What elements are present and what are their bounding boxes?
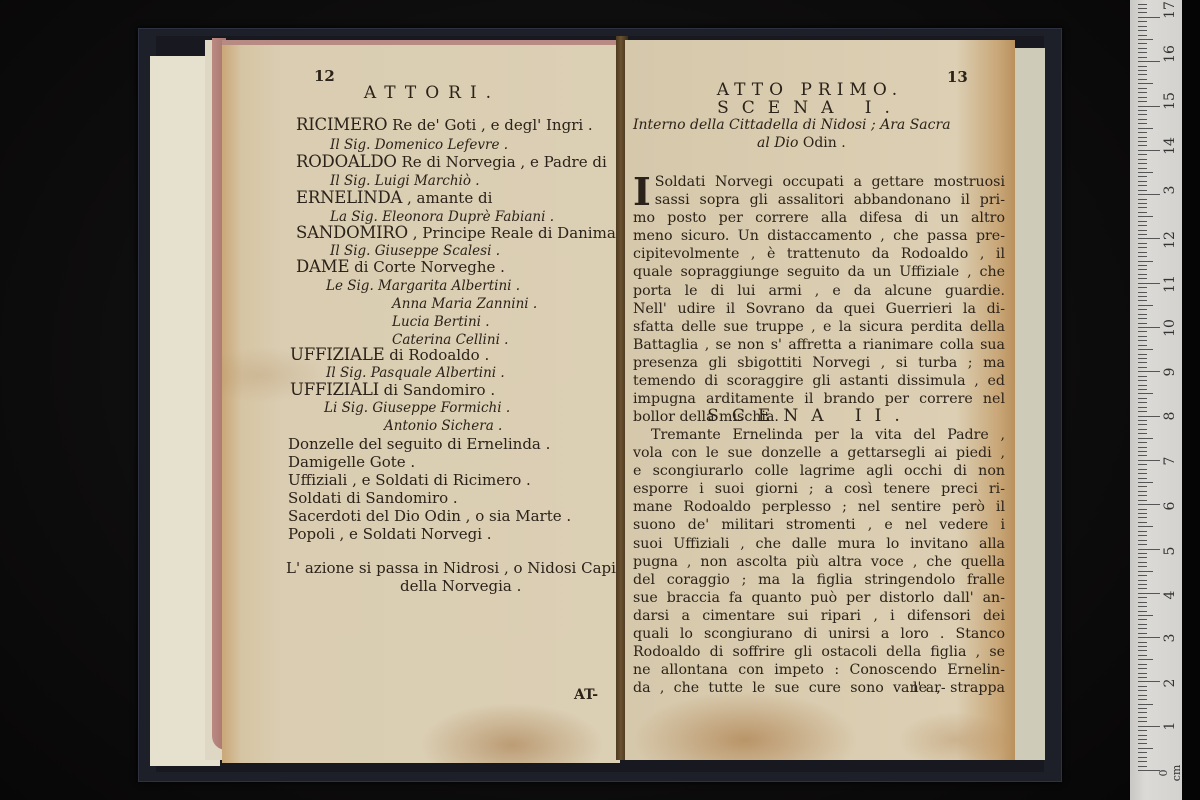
ruler-tick [1138,522,1147,523]
ruler-tick [1138,580,1147,581]
ruler-tick [1138,88,1147,89]
ruler-tick [1138,256,1147,257]
ruler-tick [1138,597,1147,598]
ruler-number: 5 [1162,539,1178,563]
scene-1-text: I Soldati Norvegi occupati a gettare mos… [633,173,1005,426]
ruler-tick [1138,314,1147,315]
ruler-tick [1138,655,1147,656]
ruler-tick [1138,323,1147,324]
ruler-tick [1138,593,1160,594]
ruler-tick [1138,21,1147,22]
cast-entry: SANDOMIRO , Principe Reale di Danimarca [296,223,620,242]
ruler-tick [1138,371,1160,372]
ruler-tick [1138,349,1153,350]
measurement-ruler: 0 cm 1 2 3 4 5 6 7 8 9 10 11 12 3 14 15 … [1130,0,1182,800]
ruler-tick [1138,106,1160,107]
ruler-tick [1138,562,1147,563]
ruler-tick [1138,30,1147,31]
ruler-tick [1138,12,1147,13]
ruler-tick [1138,455,1147,456]
ruler-tick [1138,203,1147,204]
ruler-tick [1138,283,1160,284]
cast-entry: UFFIZIALE di Rodoaldo . [290,345,489,364]
ruler-tick [1138,491,1147,492]
ruler-tick [1138,380,1147,381]
ruler-tick [1138,123,1147,124]
ruler-tick [1138,234,1147,235]
left-page: 12 ATTORI. RICIMERO Re de' Goti , e degl… [222,40,620,763]
cast-actor: Lucia Bertini . [392,314,490,330]
ruler-tick [1138,571,1153,572]
extras-line: Damigelle Gote . [288,453,415,471]
ruler-tick [1138,309,1147,310]
setting-note: L' azione si passa in Nidrosi , o Nidosi… [286,559,620,577]
ruler-unit-label: 0 cm [1157,761,1183,785]
ruler-number: 3 [1162,178,1178,202]
ruler-tick [1138,389,1147,390]
ruler-tick [1138,92,1147,93]
ruler-tick [1138,730,1147,731]
ruler-tick [1138,615,1153,616]
cast-entry: RICIMERO Re de' Goti , e degl' Ingri . [296,115,593,134]
ruler-tick [1138,43,1147,44]
ruler-tick [1138,442,1147,443]
ruler-tick [1138,225,1147,226]
ruler-tick [1138,269,1147,270]
ruler-number: 11 [1162,272,1178,296]
ruler-tick [1138,66,1147,67]
ruler-tick [1138,327,1160,328]
ruler-tick [1138,708,1147,709]
ruler-tick [1138,247,1147,248]
ruler-tick [1138,766,1147,767]
ruler-tick [1138,407,1147,408]
ruler-tick [1138,770,1160,771]
ruler-tick [1138,8,1147,9]
ruler-tick [1138,606,1147,607]
cast-entry: ERNELINDA , amante di [296,188,492,207]
ruler-tick [1138,287,1147,288]
ruler-tick [1138,486,1147,487]
ruler-tick [1138,393,1153,394]
ruler-tick [1138,460,1160,461]
ruler-tick [1138,26,1147,27]
ruler-tick [1138,212,1147,213]
scene-setting: al Dio Odin . [757,135,846,151]
ruler-tick [1138,52,1147,53]
ruler-tick [1138,57,1147,58]
extras-line: Soldati di Sandomiro . [288,489,458,507]
ruler-tick [1138,686,1147,687]
ruler-tick [1138,482,1153,483]
ruler-tick [1138,172,1153,173]
scene-title: SCENA I. [685,98,935,118]
ruler-tick [1138,628,1147,629]
ruler-tick [1138,190,1147,191]
ruler-tick [1138,469,1147,470]
ruler-tick [1138,668,1147,669]
ruler-tick [1138,163,1147,164]
ruler-tick [1138,695,1147,696]
ruler-number: 4 [1162,583,1178,607]
ruler-tick [1138,154,1147,155]
ruler-tick [1138,336,1147,337]
ruler-number: 1 [1162,714,1178,738]
ruler-tick [1138,526,1153,527]
ruler-tick [1138,4,1147,5]
ruler-tick [1138,274,1147,275]
ruler-tick [1138,35,1147,36]
ruler-tick [1138,376,1147,377]
ruler-tick [1138,132,1147,133]
ruler-tick [1138,216,1153,217]
ruler-number: 15 [1162,89,1178,113]
ruler-tick [1138,70,1147,71]
ruler-tick [1138,137,1147,138]
ruler-tick [1138,420,1147,421]
page-heading: ATTORI. [302,83,562,103]
ruler-tick [1138,602,1147,603]
ruler-number: 3 [1162,626,1178,650]
act-title: ATTO PRIMO. [685,80,935,100]
ruler-tick [1138,367,1147,368]
ruler-tick [1138,642,1147,643]
catchword: AT- [574,687,598,703]
ruler-tick [1138,424,1147,425]
cast-entry: UFFIZIALI di Sandomiro . [290,380,495,399]
cast-entry: RODOALDO Re di Norvegia , e Padre di [296,152,607,171]
ruler-number: 12 [1162,228,1178,252]
ruler-tick [1138,544,1147,545]
ruler-tick [1138,575,1147,576]
ruler-tick [1138,566,1147,567]
ruler-tick [1138,181,1147,182]
ruler-tick [1138,265,1147,266]
cast-actor: Il Sig. Luigi Marchiò . [330,173,480,189]
ruler-tick [1138,712,1147,713]
ruler-tick [1138,659,1153,660]
ruler-tick [1138,74,1147,75]
ruler-tick [1138,185,1147,186]
ruler-shadow [1182,0,1200,800]
ruler-tick [1138,238,1160,239]
ruler-tick [1138,464,1147,465]
ruler-tick [1138,517,1147,518]
ruler-tick [1138,584,1147,585]
ruler-tick [1138,83,1153,84]
ruler-tick [1138,504,1160,505]
ruler-tick [1138,611,1147,612]
ruler-tick [1138,318,1147,319]
ruler-tick [1138,194,1160,195]
ruler-tick [1138,101,1147,102]
ruler-number: 16 [1162,42,1178,66]
ruler-tick [1138,221,1147,222]
ruler-number: 2 [1162,671,1178,695]
ruler-tick [1138,690,1147,691]
ruler-tick [1138,61,1160,62]
ruler-tick [1138,128,1153,129]
ruler-tick [1138,513,1147,514]
ruler-tick [1138,145,1147,146]
ruler-tick [1138,230,1147,231]
ruler-tick [1138,757,1147,758]
ruler-tick [1138,331,1147,332]
ruler-tick [1138,300,1147,301]
drop-cap: I [633,175,651,209]
extras-line: Popoli , e Soldati Norvegi . [288,525,492,543]
ruler-number: 14 [1162,134,1178,158]
ruler-tick [1138,114,1147,115]
ruler-tick [1138,176,1147,177]
ruler-number: 7 [1162,449,1178,473]
ruler-tick [1138,478,1147,479]
cast-actor: Li Sig. Giuseppe Formichi . [324,400,510,416]
ruler-tick [1138,429,1147,430]
ruler-number: 9 [1162,360,1178,384]
ruler-tick [1138,633,1147,634]
ruler-tick [1138,677,1147,678]
scene-setting: Interno della Cittadella di Nidosi ; Ara… [633,117,951,133]
cast-actor: Le Sig. Margarita Albertini . [326,278,520,294]
ruler-tick [1138,411,1147,412]
ruler-tick [1138,531,1147,532]
ruler-tick [1138,650,1147,651]
ruler-tick [1138,535,1147,536]
ruler-tick [1138,433,1147,434]
ruler-tick [1138,619,1147,620]
ruler-tick [1138,646,1147,647]
cast-actor: Antonio Sichera . [384,418,502,434]
ruler-tick [1138,296,1147,297]
scene-2-text: Tremante Ernelinda per la vita del Padre… [633,426,1005,697]
ruler-tick [1138,362,1147,363]
extras-line: Donzelle del seguito di Ernelinda . [288,435,550,453]
ruler-tick [1138,39,1153,40]
ruler-tick [1138,447,1147,448]
ruler-tick [1138,637,1160,638]
ruler-tick [1138,199,1147,200]
ruler-tick [1138,79,1147,80]
ruler-tick [1138,451,1147,452]
ruler-tick [1138,748,1153,749]
ruler-tick [1138,207,1147,208]
ruler-tick [1138,540,1147,541]
ruler-tick [1138,500,1147,501]
ruler-tick [1138,354,1147,355]
ruler-tick [1138,385,1147,386]
ruler-tick [1138,345,1147,346]
ruler-tick [1138,509,1147,510]
ruler-number: 6 [1162,494,1178,518]
ruler-tick [1138,278,1147,279]
ruler-tick [1138,402,1147,403]
ruler-number: 17 [1162,0,1178,22]
ruler-tick [1138,721,1147,722]
ruler-tick [1138,261,1153,262]
ruler-tick [1138,588,1147,589]
ruler-tick [1138,358,1147,359]
ruler-tick [1138,97,1147,98]
right-page: 13 ATTO PRIMO. SCENA I. Interno della Ci… [625,40,1015,760]
ruler-tick [1138,150,1160,151]
ruler-tick [1138,159,1147,160]
catchword: l' ar- [913,680,946,696]
ruler-tick [1138,398,1147,399]
ruler-tick [1138,141,1147,142]
ruler-tick [1138,110,1147,111]
ruler-tick [1138,664,1147,665]
ruler-tick [1138,495,1147,496]
ruler-tick [1138,761,1147,762]
ruler-tick [1138,739,1147,740]
ruler-tick [1138,473,1147,474]
ruler-tick [1138,673,1147,674]
ruler-tick [1138,438,1153,439]
ruler-tick [1138,340,1147,341]
ruler-tick [1138,252,1147,253]
ruler-tick [1138,119,1147,120]
cast-actor: Il Sig. Domenico Lefevre . [330,137,508,153]
cast-actor: Il Sig. Pasquale Albertini . [326,365,505,381]
ruler-tick [1138,416,1160,417]
extras-line: Sacerdoti del Dio Odin , o sia Marte . [288,507,571,525]
ruler-number: 8 [1162,404,1178,428]
ruler-tick [1138,168,1147,169]
ruler-tick [1138,17,1160,18]
ruler-tick [1138,549,1160,550]
ruler-tick [1138,292,1147,293]
ruler-tick [1138,48,1147,49]
cast-actor: Anna Maria Zannini . [392,296,537,312]
ruler-tick [1138,735,1147,736]
setting-note: della Norvegia . [400,577,521,595]
ruler-tick [1138,553,1147,554]
extras-line: Uffiziali , e Soldati di Ricimero . [288,471,531,489]
ruler-tick [1138,752,1147,753]
ruler-tick [1138,699,1147,700]
page-number: 13 [947,68,968,86]
ruler-tick [1138,624,1147,625]
scene-title: SCENA II. [685,406,935,426]
ruler-tick [1138,305,1153,306]
cast-entry: DAME di Corte Norveghe . [296,257,505,276]
ruler-tick [1138,704,1153,705]
ruler-tick [1138,726,1160,727]
ruler-tick [1138,717,1147,718]
ruler-tick [1138,557,1147,558]
ruler-tick [1138,743,1147,744]
ruler-tick [1138,681,1160,682]
ruler-tick [1138,243,1147,244]
ruler-number: 10 [1162,316,1178,340]
